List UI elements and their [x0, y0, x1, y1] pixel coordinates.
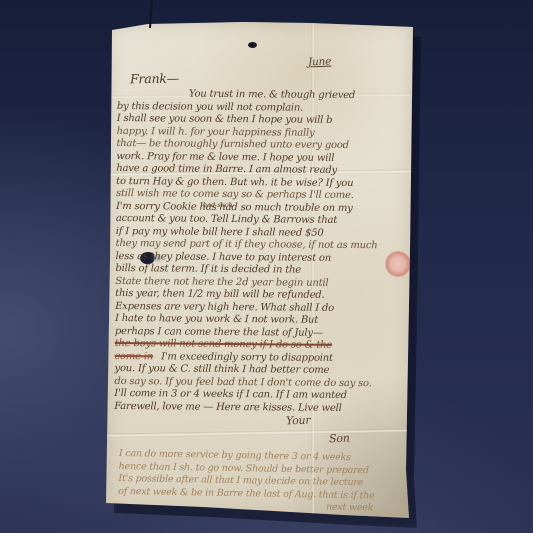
fold-crease-horizontal-bottom	[103, 428, 415, 437]
thread-knot	[248, 42, 257, 48]
interline-insertion: had such	[203, 201, 233, 209]
photo-background: June Frank— You trust in me. & though gr…	[0, 0, 533, 533]
letter-line-text: I'm exceedingly sorry to disappoint	[161, 351, 333, 363]
letter-paper: June Frank— You trust in me. & though gr…	[103, 20, 415, 520]
thread-fragment	[149, 0, 153, 28]
struck-fragment: come in	[115, 350, 154, 361]
closing-son: Son	[329, 432, 350, 446]
letter-line: Farewell, love me — Here are kisses. Liv…	[114, 400, 408, 415]
letter-body: You trust in me. & though grieved by thi…	[114, 88, 411, 416]
letter-date: June	[308, 56, 332, 69]
closing-your: Your	[286, 414, 311, 428]
letter-salutation: Frank—	[130, 71, 179, 87]
